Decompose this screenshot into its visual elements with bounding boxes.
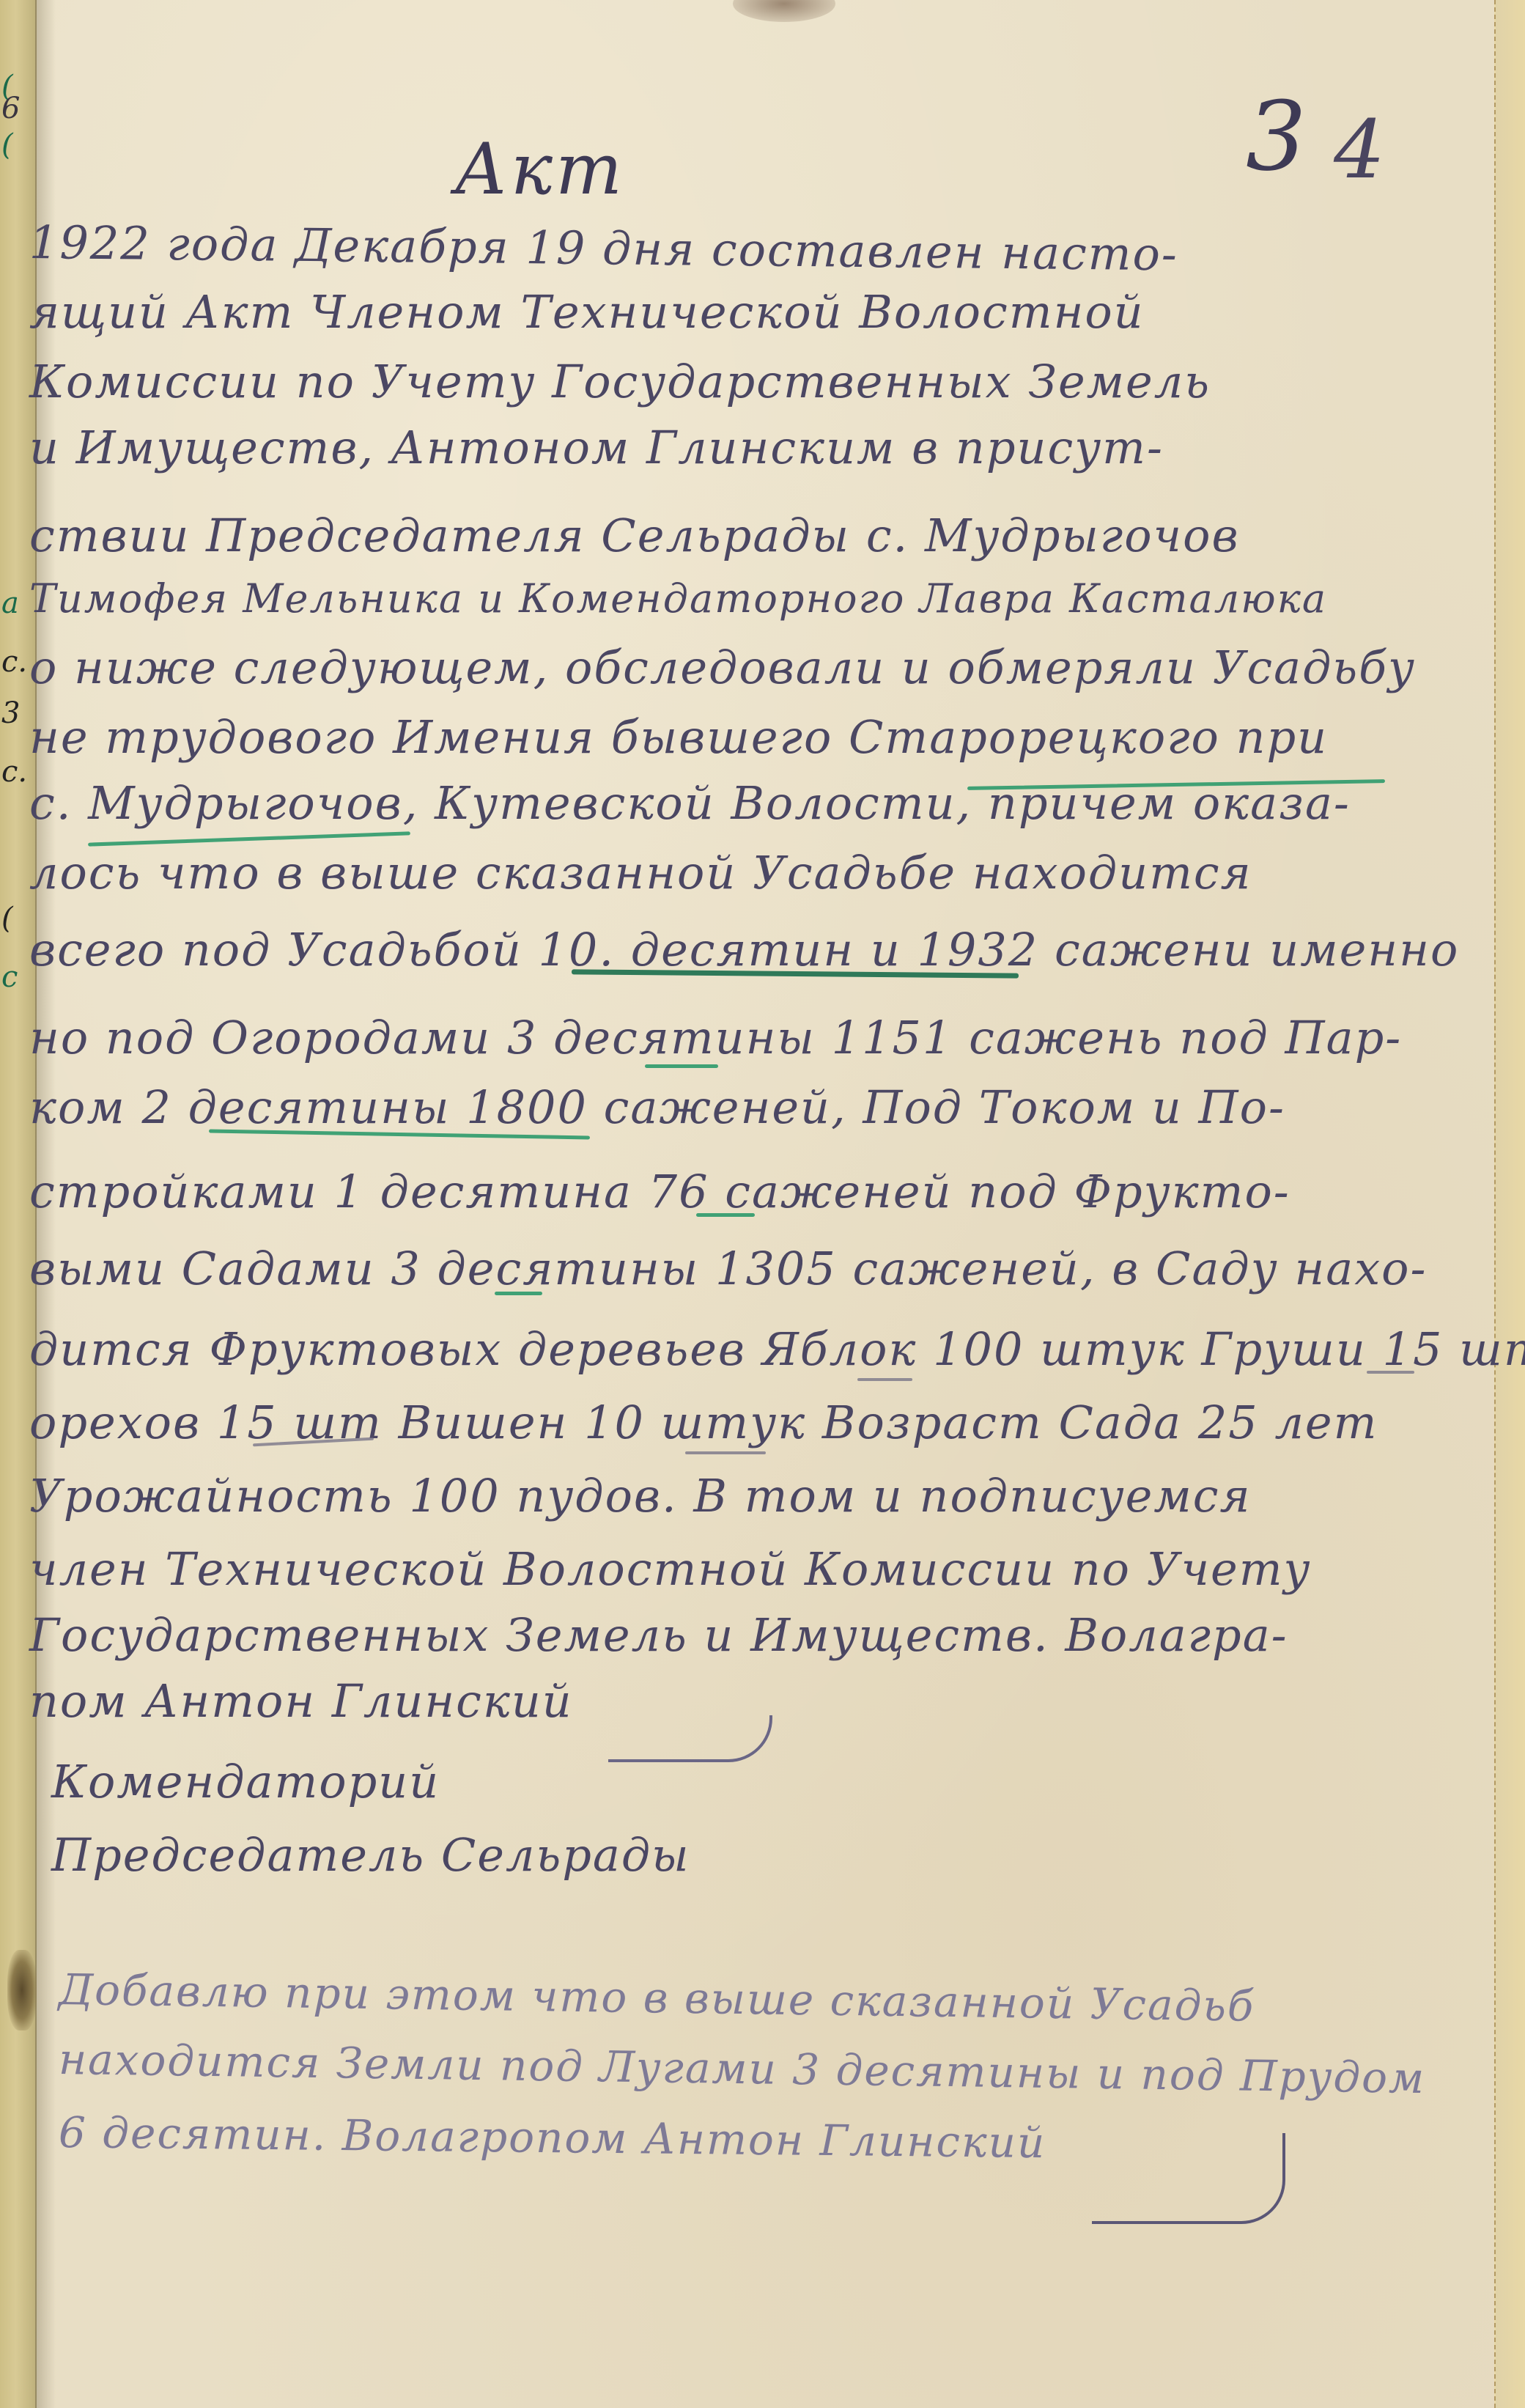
body-line: ящий Акт Членом Технической Волостной — [29, 290, 1488, 335]
binding-tear — [7, 1950, 37, 2030]
document-scan: ( 6 ( а с. 3 с. ( с Акт 3 4 1922 года Де… — [0, 0, 1525, 2408]
body-line: Тимофея Мельника и Комендаторного Лавра … — [29, 579, 1488, 619]
body-line: стройками 1 десятина 76 саженей под Фрук… — [29, 1169, 1488, 1215]
body-line: не трудового Имения бывшего Старорецкого… — [29, 715, 1488, 760]
margin-mark: 6 — [1, 92, 20, 125]
body-line: ствии Председателя Сельрады с. Мудрыгочо… — [29, 513, 1488, 559]
green-underline — [645, 1064, 718, 1068]
body-line: но под Огородами 3 десятины 1151 сажень … — [29, 1015, 1488, 1061]
signature-flourish — [608, 1715, 772, 1762]
addendum-line: Добавлю при этом что в выше сказанной Ус… — [59, 1968, 1518, 2031]
addendum-line: находится Земли под Лугами 3 десятины и … — [59, 2038, 1518, 2101]
body-line: Урожайность 100 пудов. В том и подписуем… — [29, 1473, 1488, 1519]
document-title: Акт — [454, 128, 625, 210]
pencil-underline — [1367, 1371, 1414, 1374]
body-line: выми Садами 3 десятины 1305 саженей, в С… — [29, 1246, 1488, 1292]
addendum-line: 6 десятин. Волагропом Антон Глинский — [59, 2111, 1517, 2169]
body-line: Комиссии по Учету Государственных Земель — [29, 359, 1488, 405]
struck-folio-number: 4 — [1334, 103, 1385, 196]
body-line: 1922 года Декабря 19 дня составлен насто… — [29, 220, 1488, 281]
green-underline — [88, 831, 410, 846]
margin-mark: ( — [1, 128, 13, 162]
body-line: ком 2 десятины 1800 саженей, Под Током и… — [29, 1085, 1488, 1130]
margin-mark: с. — [1, 755, 27, 789]
signature-line: Председатель Сельрады — [51, 1833, 1510, 1878]
body-line: с. Мудрыгочов, Кутевской Волости, причем… — [29, 781, 1488, 826]
margin-mark: 3 — [1, 696, 20, 730]
pencil-underline — [857, 1378, 912, 1381]
body-line: дится Фруктовых деревьев Яблок 100 штук … — [29, 1327, 1488, 1372]
signature-line: Комендаторий — [51, 1759, 1510, 1805]
margin-mark: а — [1, 586, 19, 620]
body-line: член Технической Волостной Комиссии по У… — [29, 1547, 1488, 1592]
margin-mark: с. — [1, 645, 27, 679]
folio-number: 3 — [1246, 81, 1307, 192]
green-underline — [696, 1213, 755, 1217]
stain — [733, 0, 835, 22]
body-line: всего под Усадьбой 10. десятин и 1932 са… — [29, 927, 1488, 973]
body-line: и Имуществ, Антоном Глинским в присут- — [29, 425, 1488, 471]
body-line: лось что в выше сказанной Усадьбе находи… — [29, 850, 1488, 896]
torn-right-edge — [1494, 0, 1525, 2408]
body-line: о ниже следующем, обследовали и обмеряли… — [29, 645, 1488, 691]
body-line: орехов 15 шт Вишен 10 штук Возраст Сада … — [29, 1400, 1488, 1446]
signature-flourish — [1092, 2133, 1285, 2224]
body-line: Государственных Земель и Имуществ. Волаг… — [29, 1613, 1488, 1658]
margin-mark: ( — [1, 902, 13, 935]
margin-mark: с — [1, 960, 18, 994]
green-underline — [495, 1292, 542, 1295]
pencil-underline — [685, 1451, 766, 1454]
